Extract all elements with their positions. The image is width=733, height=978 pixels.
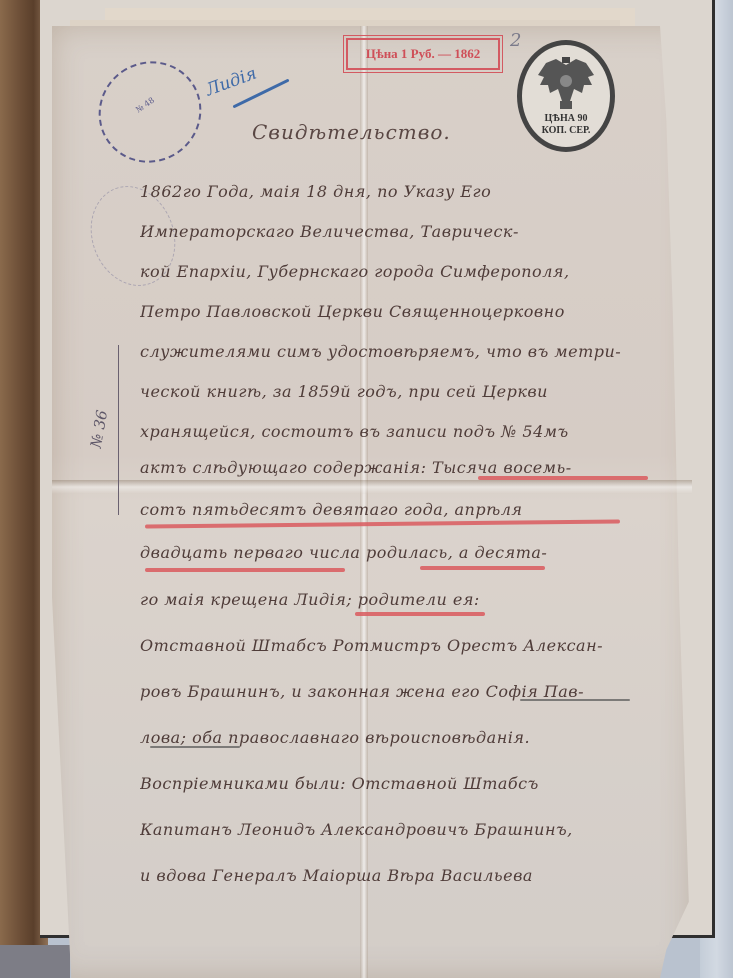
text-line: лова; оба православнаго вѣроисповѣданiя.: [140, 728, 660, 747]
pencil-underline: [150, 746, 240, 748]
binder-bottom-edge: [0, 945, 70, 978]
text-line: двадцать перваго числа родилась, а десят…: [140, 543, 660, 562]
text-line: Императорскаго Величества, Таврическ-: [140, 222, 660, 241]
red-pencil-underline: [145, 568, 345, 572]
page-number-mark: 2: [510, 30, 521, 51]
text-line: Воспрiемниками были: Отставной Штабсъ: [140, 774, 660, 793]
price-stamp: Цѣна 1 Руб. — 1862: [346, 38, 500, 70]
text-line: го маiя крещена Лидiя; родители ея:: [140, 590, 660, 609]
text-line: Капитанъ Леонидъ Александровичъ Брашнинъ…: [140, 820, 660, 839]
pencil-underline: [520, 699, 630, 701]
red-pencil-underline: [420, 566, 545, 570]
document-title: Свидѣтельство.: [252, 120, 451, 144]
red-pencil-underline: [478, 476, 648, 480]
seal-price-line: ЦѢНА 90: [522, 113, 610, 125]
text-line: 1862го Года, маiя 18 дня, по Указу Его: [140, 182, 660, 201]
text-line: актъ слѣдующаго содержанія: Тысяча восем…: [140, 458, 660, 477]
double-headed-eagle-icon: [534, 55, 598, 113]
text-line: служителями симъ удостовѣряемъ, что въ м…: [140, 342, 660, 361]
margin-rule: [118, 345, 119, 515]
horizontal-fold-crease: [52, 480, 692, 494]
text-line: хранящейся, состоитъ въ записи подъ № 54…: [140, 422, 660, 441]
oval-stamp-number: № 48: [101, 72, 190, 139]
text-line: Петро Павловской Церкви Священноцерковно: [140, 302, 660, 321]
text-line: и вдова Генералъ Маiорша Вѣра Васильева: [140, 866, 660, 885]
stamp-duty-seal: ЦѢНА 90 КОП. СЕР.: [517, 40, 615, 152]
seal-currency-line: КОП. СЕР.: [522, 125, 610, 137]
text-line: сотъ пятьдесятъ девятаго года, апрѣля: [140, 500, 660, 519]
text-line: кой Епархiи, Губернскаго города Симфероп…: [140, 262, 660, 281]
text-line: Отставной Штабсъ Ротмистръ Орестъ Алекса…: [140, 636, 660, 655]
text-line: ческой книгѣ, за 1859й годъ, при сей Цер…: [140, 382, 660, 401]
red-pencil-underline: [355, 612, 485, 616]
